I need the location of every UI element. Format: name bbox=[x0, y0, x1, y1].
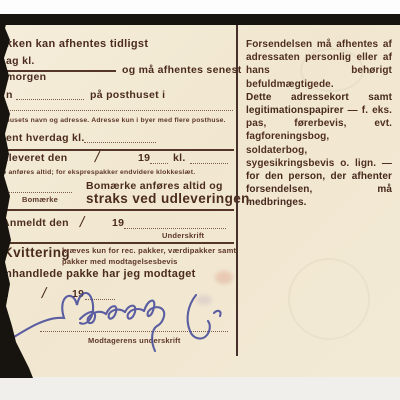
scanned-postal-card: kken kan afhentes tidligst ag kl. og må … bbox=[0, 0, 400, 400]
pickup-rules-paragraphs: Forsendelsen må afhentes af adressaten p… bbox=[246, 38, 392, 210]
delivered-kl: kl. bbox=[173, 152, 186, 164]
bomaerke-bold-note: straks ved udleveringen bbox=[86, 191, 250, 206]
receipt-note1: kræves kun for rec. pakker, værdipakker … bbox=[62, 246, 236, 255]
pickup-office-label: på posthuset i bbox=[90, 89, 165, 101]
rules-paragraph-2: Dette adressekort samt legitimationspapi… bbox=[246, 91, 392, 210]
dotted-field-hours bbox=[84, 142, 156, 143]
rules-paragraph-1: Forsendelsen må afhentes af adressaten p… bbox=[246, 38, 392, 91]
rules-bold-2: for den person, der afhenter forsendelse… bbox=[246, 171, 392, 208]
pickup-latest-label: og må afhentes senest bbox=[122, 64, 242, 76]
embossing-circle bbox=[288, 258, 370, 340]
delivered-year: 19 bbox=[138, 152, 150, 164]
underskrift-label: Underskrift bbox=[162, 231, 204, 240]
dotted-time bbox=[190, 163, 228, 164]
receipt-note2: pakker med modtagelsesbevis bbox=[62, 257, 178, 266]
announced-year: 19 bbox=[112, 217, 124, 229]
torn-edge-left bbox=[0, 14, 40, 378]
scan-top-edge bbox=[0, 14, 400, 25]
dotted-signature-small bbox=[124, 228, 226, 229]
scan-background bbox=[0, 377, 400, 400]
dotted-year bbox=[150, 163, 168, 164]
